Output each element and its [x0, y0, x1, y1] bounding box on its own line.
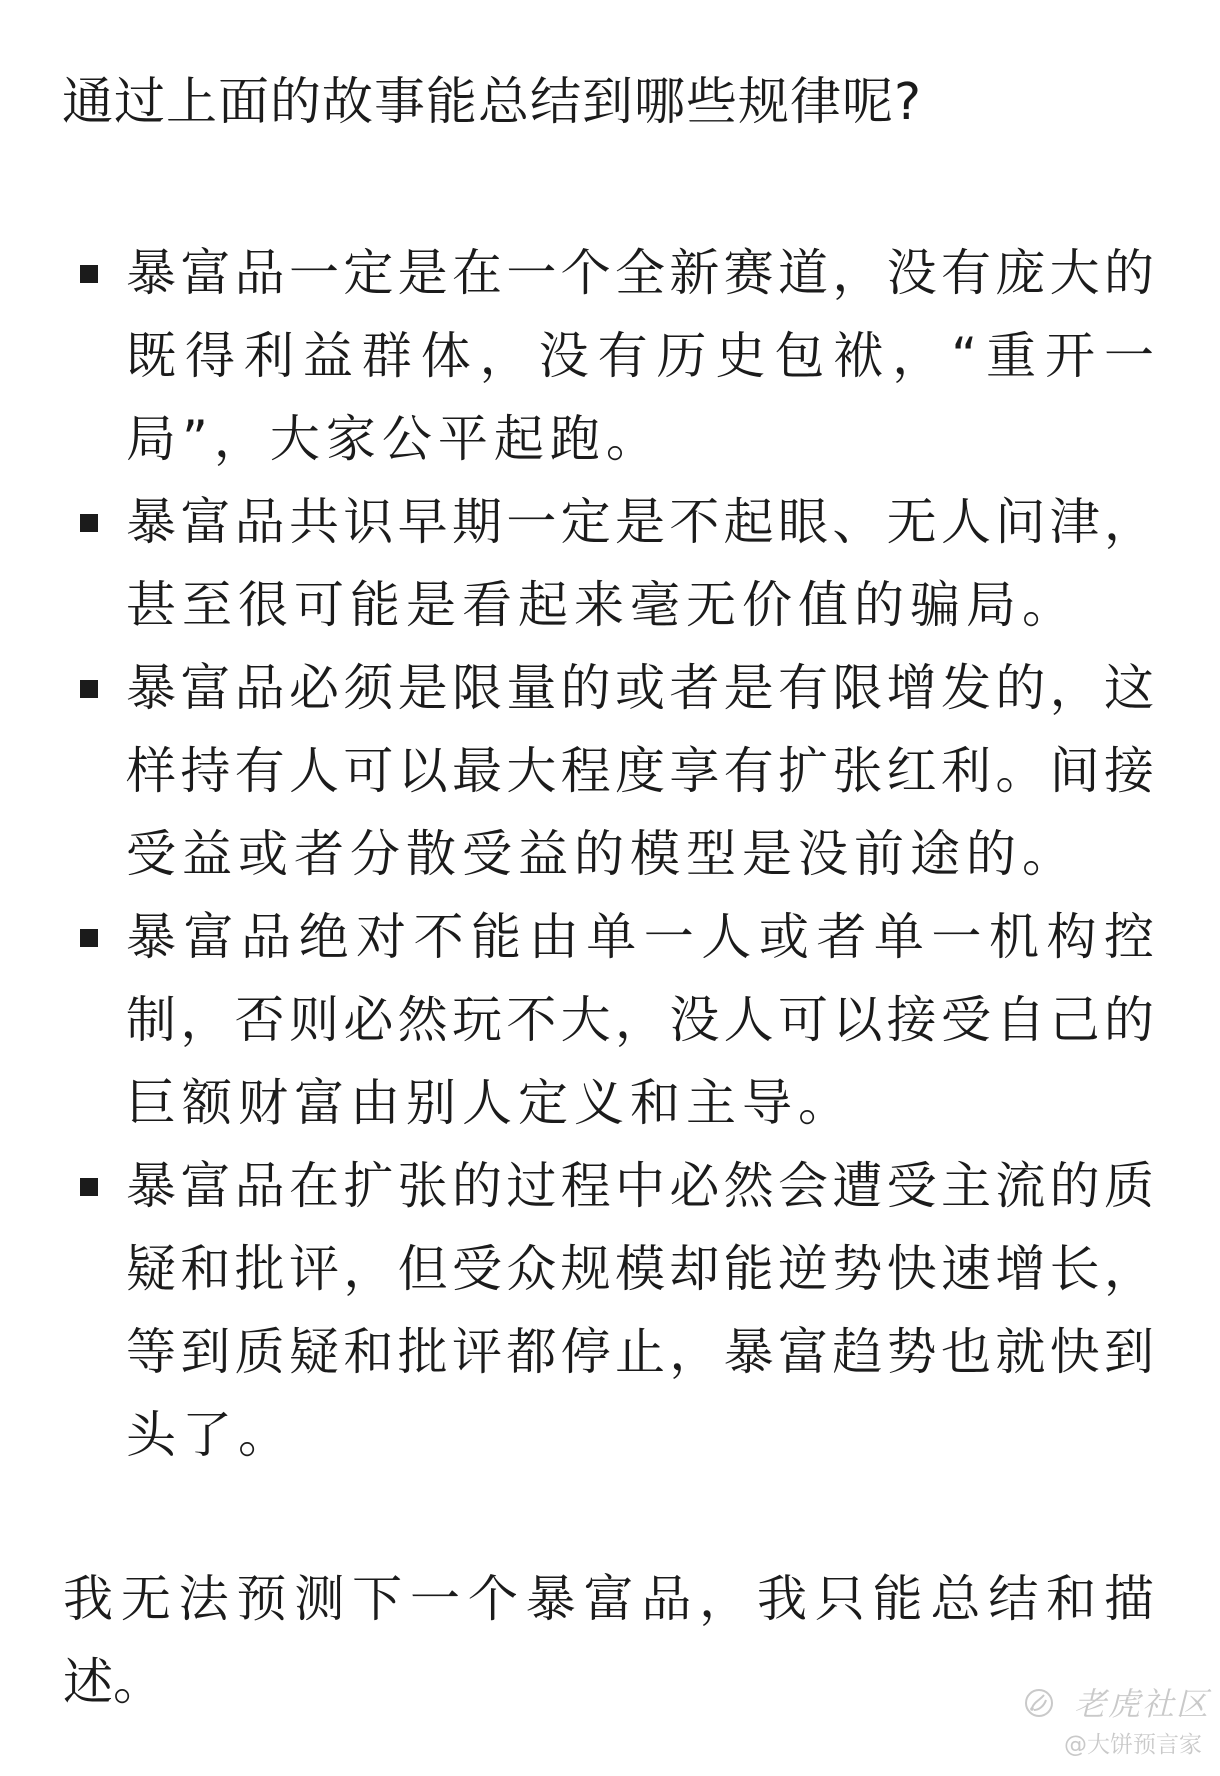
list-item-line: 暴富品绝对不能由单一人或者单一机构控	[126, 896, 1154, 979]
closing-line: 述。	[63, 1641, 1154, 1724]
list-item-line: 既得利益群体，没有历史包袱，“重开一	[126, 315, 1154, 398]
bullet-square-icon	[80, 929, 98, 947]
list-item-line: 暴富品必须是限量的或者是有限增发的，这	[126, 647, 1154, 730]
list-item-line: 样持有人可以最大程度享有扩张红利。间接	[126, 730, 1154, 813]
list-item-line: 制，否则必然玩不大，没人可以接受自己的	[126, 979, 1154, 1062]
article-heading: 通过上面的故事能总结到哪些规律呢?	[62, 70, 922, 136]
list-item-line: 疑和批评，但受众规模却能逆势快速增长，	[126, 1228, 1154, 1311]
list-item-line: 暴富品一定是在一个全新赛道，没有庞大的	[126, 232, 1154, 315]
bullet-square-icon	[80, 1178, 98, 1196]
list-item-line: 等到质疑和批评都停止，暴富趋势也就快到	[126, 1311, 1154, 1394]
watermark-author: @大饼预言家	[1064, 1730, 1202, 1760]
tiger-community-logo-icon	[1024, 1688, 1054, 1718]
closing-line: 我无法预测下一个暴富品，我只能总结和描	[63, 1558, 1154, 1641]
bullet-square-icon	[80, 265, 98, 283]
watermark: 老虎社区 @大饼预言家	[1020, 1684, 1210, 1764]
list-item-line: 甚至很可能是看起来毫无价值的骗局。	[126, 564, 1154, 647]
list-item-line: 受益或者分散受益的模型是没前途的。	[126, 813, 1154, 896]
list-item-line: 暴富品在扩张的过程中必然会遭受主流的质	[126, 1145, 1154, 1228]
list-item-line: 暴富品共识早期一定是不起眼、无人问津，	[126, 481, 1154, 564]
bullet-square-icon	[80, 680, 98, 698]
watermark-brand: 老虎社区	[1074, 1684, 1210, 1724]
bullet-square-icon	[80, 514, 98, 532]
list-item-line: 巨额财富由别人定义和主导。	[126, 1062, 1154, 1145]
list-item-line: 局”，大家公平起跑。	[126, 398, 1154, 481]
list-item-line: 头了。	[126, 1394, 1154, 1477]
